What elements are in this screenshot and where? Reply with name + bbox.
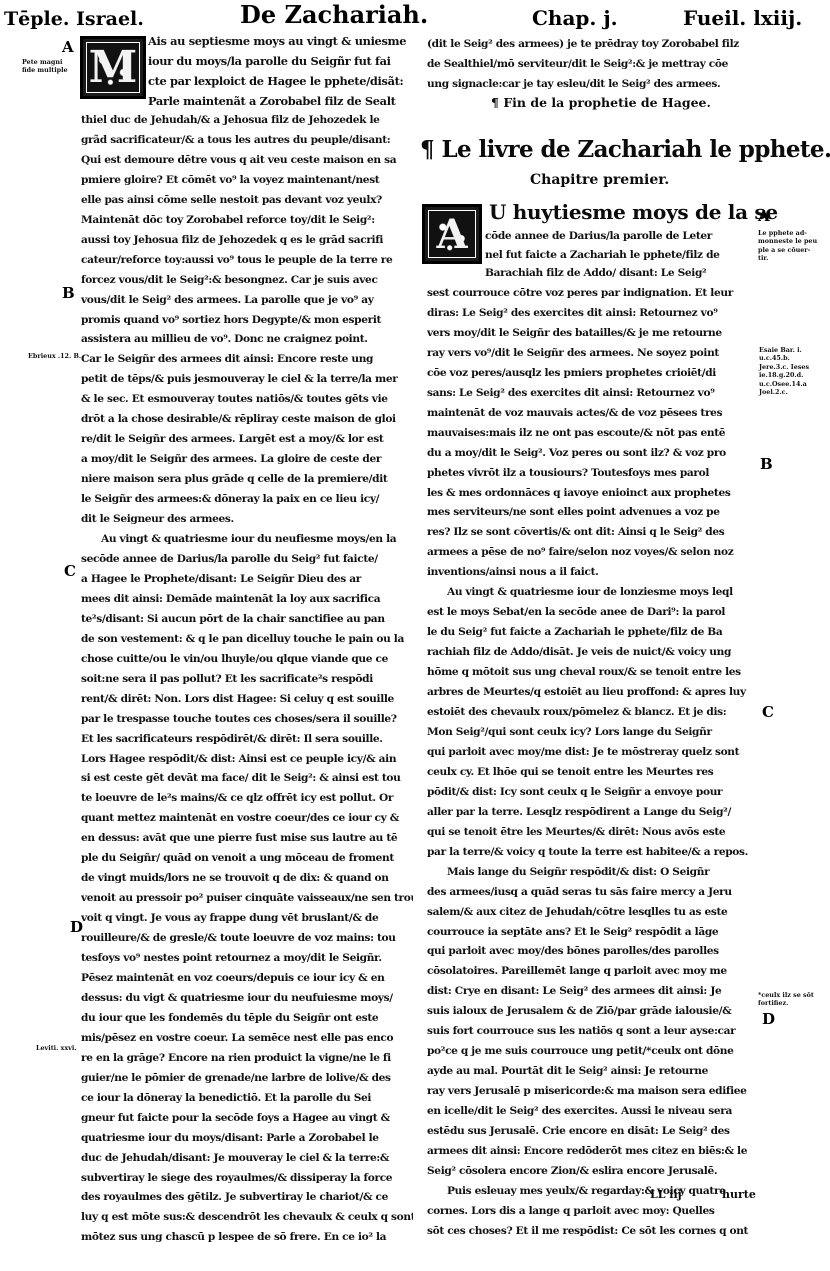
margin-cross-reference: Ebrieux .12. B.: [28, 352, 81, 360]
margin-letter-b: B: [62, 284, 75, 302]
decorated-initial-a: A: [422, 204, 482, 264]
right-column-body: sest courrouce cōtre voz peres par indig…: [427, 284, 749, 1242]
right-column-opening: cōde annee de Darius/la parolle de Leter…: [485, 227, 750, 283]
pilcrow-icon: ¶: [420, 136, 434, 163]
margin-letter-c: C: [762, 703, 774, 721]
margin-note: Le pphete ad- monneste le peu ple a se c…: [758, 229, 830, 263]
end-of-haggai-rubric: ¶ Fin de la prophetie de Hagee.: [491, 95, 711, 110]
left-column-opening: Ais au septiesme moys au vingt & uniesme…: [148, 31, 413, 111]
pilcrow-icon: ¶: [491, 95, 499, 110]
chapter-opening-line: U huytiesme moys de la se: [489, 200, 778, 224]
book-title: ¶ Le livre de Zachariah le pphete.: [420, 136, 830, 163]
margin-letter-c: C: [64, 562, 76, 580]
right-column-top: (dit le Seig² des armees) je te prēdray …: [427, 34, 747, 94]
running-head-book: De Zachariah.: [240, 0, 428, 29]
left-column-body: thiel duc de Jehudah/& a Jehosua filz de…: [81, 111, 413, 1248]
margin-cross-reference: Leviti. xxvi.: [36, 1044, 77, 1052]
running-head-left: Tēple. Israel.: [4, 8, 144, 30]
chapter-title: Chapitre premier.: [530, 172, 669, 188]
margin-letter-a: A: [62, 38, 74, 56]
margin-letter-d: D: [762, 1010, 775, 1028]
margin-note: Pete magni fide multiple: [22, 58, 70, 75]
decorated-initial-m: M: [80, 36, 146, 99]
book-page: Tēple. Israel. De Zachariah. Chap. j. Fu…: [0, 0, 830, 1271]
running-head-chapter: Chap. j.: [532, 6, 618, 30]
catchword: hurte: [722, 1188, 756, 1201]
margin-cross-references: Esaie Bar. i. u.c.45.b. Jere.3.c. Ieses …: [759, 346, 829, 396]
margin-letter-b: B: [760, 455, 773, 473]
signature-mark: LL iij: [650, 1188, 682, 1201]
margin-letter-a: A: [758, 207, 770, 225]
margin-note: *ceulx ilz se sōt fortifiez.: [758, 991, 830, 1008]
folio-number: Fueil. lxiij.: [683, 6, 802, 30]
